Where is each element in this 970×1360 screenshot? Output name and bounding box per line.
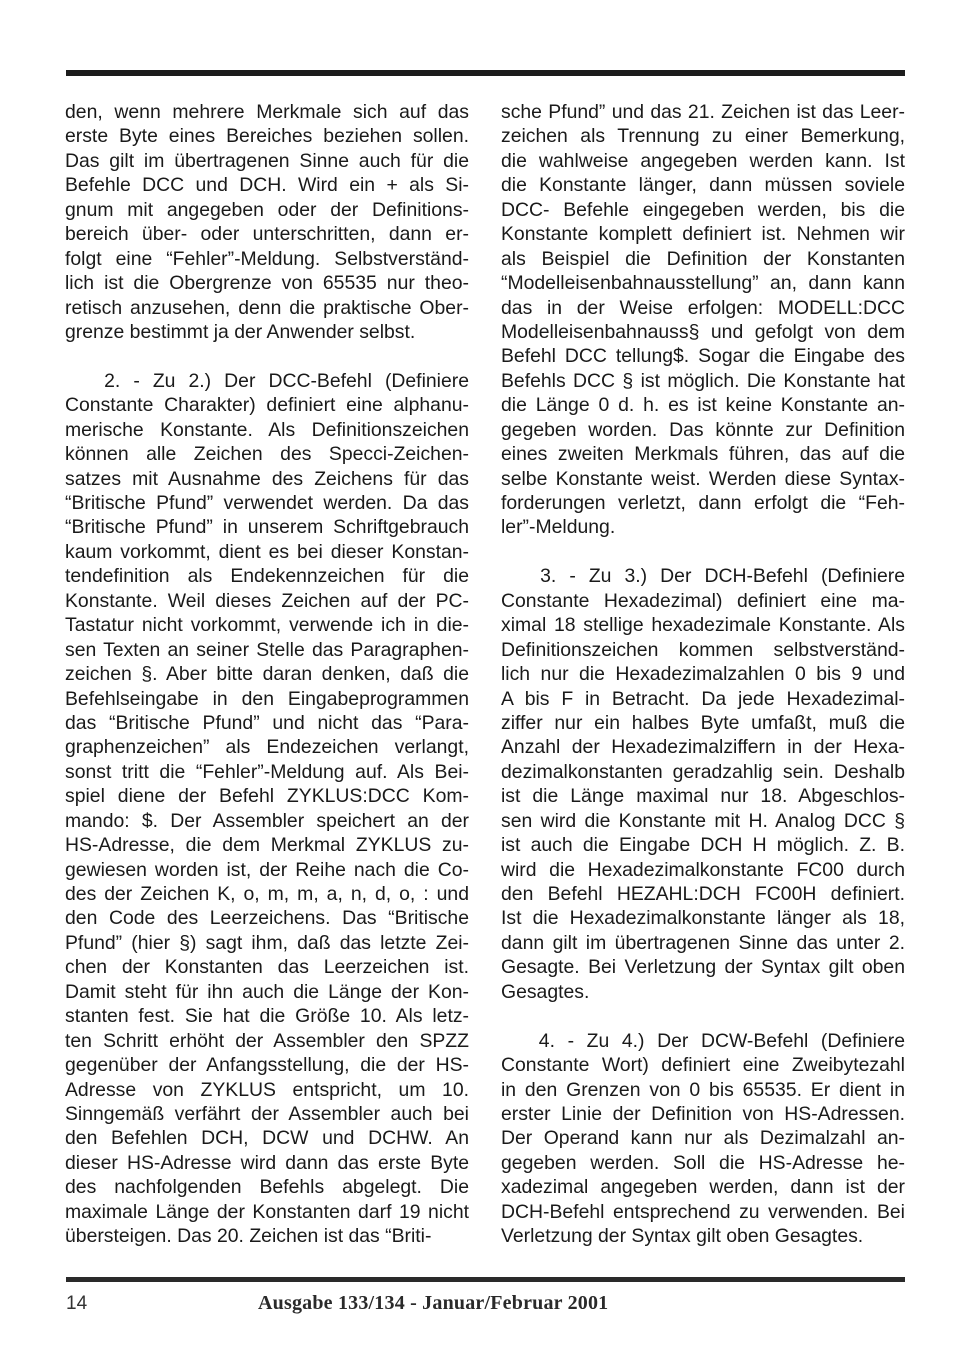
text-line: Befehl DCC tellung$. Sogar die Eingabe d… [501,344,905,368]
text-line: forderungen verletzt, dann erfolgt die “… [501,491,905,515]
text-line: “Modelleisenbahnausstellung” an, dann ka… [501,271,905,295]
text-line: DCC- Befehle eingegeben werden, bis die [501,198,905,222]
text-line: Gesagte. Bei Verletzung der Syntax gilt … [501,955,905,979]
text-line: Damit steht für ihn auch die Länge der K… [65,980,469,1004]
text-line: A bis F in Betracht. Da jede Hexadezimal… [501,687,905,711]
text-line: die wahlweise angegeben werden kann. Ist [501,149,905,173]
right-column: sche Pfund” und das 21. Zeichen ist das … [501,100,905,1249]
text-line: Modelleisenbahnauss§ und gefolgt von dem [501,320,905,344]
text-line: erste Byte eines Bereiches beziehen soll… [65,124,469,148]
text-line: bereich über- oder unterschritten, dann … [65,222,469,246]
text-line: stanten fest. Sie hat die Größe 10. Als … [65,1004,469,1028]
text-line: Sinngemäß verfährt der Assembler auch be… [65,1102,469,1126]
text-line: sen Texten an seiner Stelle das Paragrap… [65,638,469,662]
text-line: Befehlseingabe in den Eingabeprogrammen [65,687,469,711]
text-line: mando: $. Der Assembler speichert an der [65,809,469,833]
text-line: merische Konstante. Als Definitionszeich… [65,418,469,442]
text-line: xadezimal angegeben werden, dann ist der [501,1175,905,1199]
text-line: DCH-Befehl entsprechend zu verwenden. Be… [501,1200,905,1224]
text-line: maximale Länge der Konstanten darf 19 ni… [65,1200,469,1224]
paragraph-intro-continued: den, wenn mehrere Merkmale sich auf dase… [65,100,469,344]
text-line: Constante Charakter) definiert eine alph… [65,393,469,417]
text-line: den Befehl HEZAHL:DCH FC00H definiert. [501,882,905,906]
text-line: Definitionszeichen kommen selbstverständ… [501,638,905,662]
page-number: 14 [66,1293,87,1315]
text-line: grenze bestimmt ja der Anwender selbst. [65,320,469,344]
text-line: HS-Adresse, die dem Merkmal ZYKLUS zu- [65,833,469,857]
text-line: Konstante. Weil dieses Zeichen auf der P… [65,589,469,613]
text-line: satzes mit Ausnahme des Zeichens für das [65,467,469,491]
text-line: den Befehlen DCH, DCW und DCHW. An [65,1126,469,1150]
text-line: Pfund” (hier §) sagt ihm, daß das letzte… [65,931,469,955]
paragraph-gap [501,540,905,564]
text-line: das “Britische Pfund” und nicht das “Par… [65,711,469,735]
text-line: “Britische Pfund” in unserem Schriftgebr… [65,515,469,539]
text-line: erster Linie der Definition von HS-Adres… [501,1102,905,1126]
text-line: sche Pfund” und das 21. Zeichen ist das … [501,100,905,124]
issue-line: Ausgabe 133/134 - Januar/Februar 2001 [258,1292,608,1315]
text-line: ler”-Meldung. [501,515,905,539]
text-line: gegenüber der Anfangsstellung, die der H… [65,1053,469,1077]
text-line: tendefinition als Endekennzeichen für di… [65,564,469,588]
text-line: können alle Zeichen des Specci-Zeichen- [65,442,469,466]
text-line: Tastatur nicht vorkommt, verwende ich in… [65,613,469,637]
left-column: den, wenn mehrere Merkmale sich auf dase… [65,100,469,1249]
text-line: “Britische Pfund” verwendet werden. Da d… [65,491,469,515]
text-line: 4. - Zu 4.) Der DCW-Befehl (Definiere [501,1029,905,1053]
text-line: dann gilt im übertragenen Sinne das unte… [501,931,905,955]
text-line: des nachfolgenden Befehls abgelegt. Die [65,1175,469,1199]
text-line: gewiesen worden ist, der Reihe nach die … [65,858,469,882]
text-line: dieser HS-Adresse wird dann das erste By… [65,1151,469,1175]
text-line: die Länge 0 d. h. es ist keine Konstante… [501,393,905,417]
text-line: Gesagtes. [501,980,905,1004]
text-line: Adresse von ZYKLUS entspricht, um 10. [65,1078,469,1102]
text-line: den, wenn mehrere Merkmale sich auf das [65,100,469,124]
paragraph-dcc-command: 2. - Zu 2.) Der DCC-Befehl (DefiniereCon… [65,369,469,1249]
text-line: Befehle DCC und DCH. Wird ein + als Si- [65,173,469,197]
text-line: Constante Hexadezimal) definiert eine ma… [501,589,905,613]
header-rule [66,70,905,76]
text-line: graphenzeichen” als Endezeichen verlangt… [65,735,469,759]
text-line: gegeben worden. Das könnte zur Definitio… [501,418,905,442]
text-line: ten Schritt erhöht der Assembler den SPZ… [65,1029,469,1053]
text-line: Constante Wort) definiert eine Zweibytez… [501,1053,905,1077]
text-line: wird die Hexadezimalkonstante FC00 durch [501,858,905,882]
text-line: folgt eine “Fehler”-Meldung. Selbstverst… [65,247,469,271]
text-line: ziffer nur ein halbes Byte umfaßt, muß d… [501,711,905,735]
text-line: 3. - Zu 3.) Der DCH-Befehl (Definiere [501,564,905,588]
text-line: sonst tritt die “Fehler”-Meldung auf. Al… [65,760,469,784]
text-line: 2. - Zu 2.) Der DCC-Befehl (Definiere [65,369,469,393]
paragraph-gap [501,1004,905,1028]
text-line: Konstante komplett definiert ist. Nehmen… [501,222,905,246]
text-line: dezimalkonstanten geradzahlig sein. Desh… [501,760,905,784]
text-line: Ist die Hexadezimalkonstante länger als … [501,906,905,930]
text-line: sen wird die Konstante mit H. Analog DCC… [501,809,905,833]
text-line: die Konstante länger, dann müssen soviel… [501,173,905,197]
text-line: lich nur die Hexadezimalzahlen 0 bis 9 u… [501,662,905,686]
text-line: in den Grenzen von 0 bis 65535. Er dient… [501,1078,905,1102]
text-line: Der Operand kann nur als Dezimalzahl an- [501,1126,905,1150]
text-line: chen der Konstanten das Leerzeichen ist. [65,955,469,979]
text-line: gnum mit angegeben oder der Definitions- [65,198,469,222]
paragraph-dch-command: 3. - Zu 3.) Der DCH-Befehl (DefiniereCon… [501,564,905,1004]
text-line: lich ist die Obergrenze von 65535 nur th… [65,271,469,295]
text-line: Verletzung der Syntax gilt oben Gesagtes… [501,1224,905,1248]
text-line: zeichen §. Aber bitte daran denken, daß … [65,662,469,686]
text-line: ist die Länge maximal nur 18. Abgeschlos… [501,784,905,808]
text-line: zeichen als Trennung zu einer Bemerkung, [501,124,905,148]
text-line: eines zweiten Merkmals führen, das auf d… [501,442,905,466]
text-line: des der Zeichen K, o, m, m, a, n, d, o, … [65,882,469,906]
footer-rule [66,1277,905,1282]
paragraph-dcc-continued: sche Pfund” und das 21. Zeichen ist das … [501,100,905,540]
text-line: übersteigen. Das 20. Zeichen ist das “Br… [65,1224,469,1248]
text-line: Anzahl der Hexadezimalziffern in der Hex… [501,735,905,759]
text-line: selbe Konstante weist. Werden diese Synt… [501,467,905,491]
text-line: retisch anzusehen, denn die praktische O… [65,296,469,320]
text-line: kaum vorkommt, dient es bei dieser Konst… [65,540,469,564]
text-line: gegeben werden. Soll die HS-Adresse he- [501,1151,905,1175]
text-line: spiel diene der Befehl ZYKLUS:DCC Kom- [65,784,469,808]
text-line: Befehls DCC § ist möglich. Die Konstante… [501,369,905,393]
text-line: ist auch die Eingabe DCH H möglich. Z. B… [501,833,905,857]
text-line: als Beispiel die Definition der Konstant… [501,247,905,271]
paragraph-dcw-command: 4. - Zu 4.) Der DCW-Befehl (DefiniereCon… [501,1029,905,1249]
text-line: das in der Weise erfolgen: MODELL:DCC [501,296,905,320]
paragraph-gap [65,344,469,368]
text-line: Das gilt im übertragenen Sinne auch für … [65,149,469,173]
text-line: ximal 18 stellige hexadezimale Konstante… [501,613,905,637]
text-line: den Code des Leerzeichens. Das “Britisch… [65,906,469,930]
